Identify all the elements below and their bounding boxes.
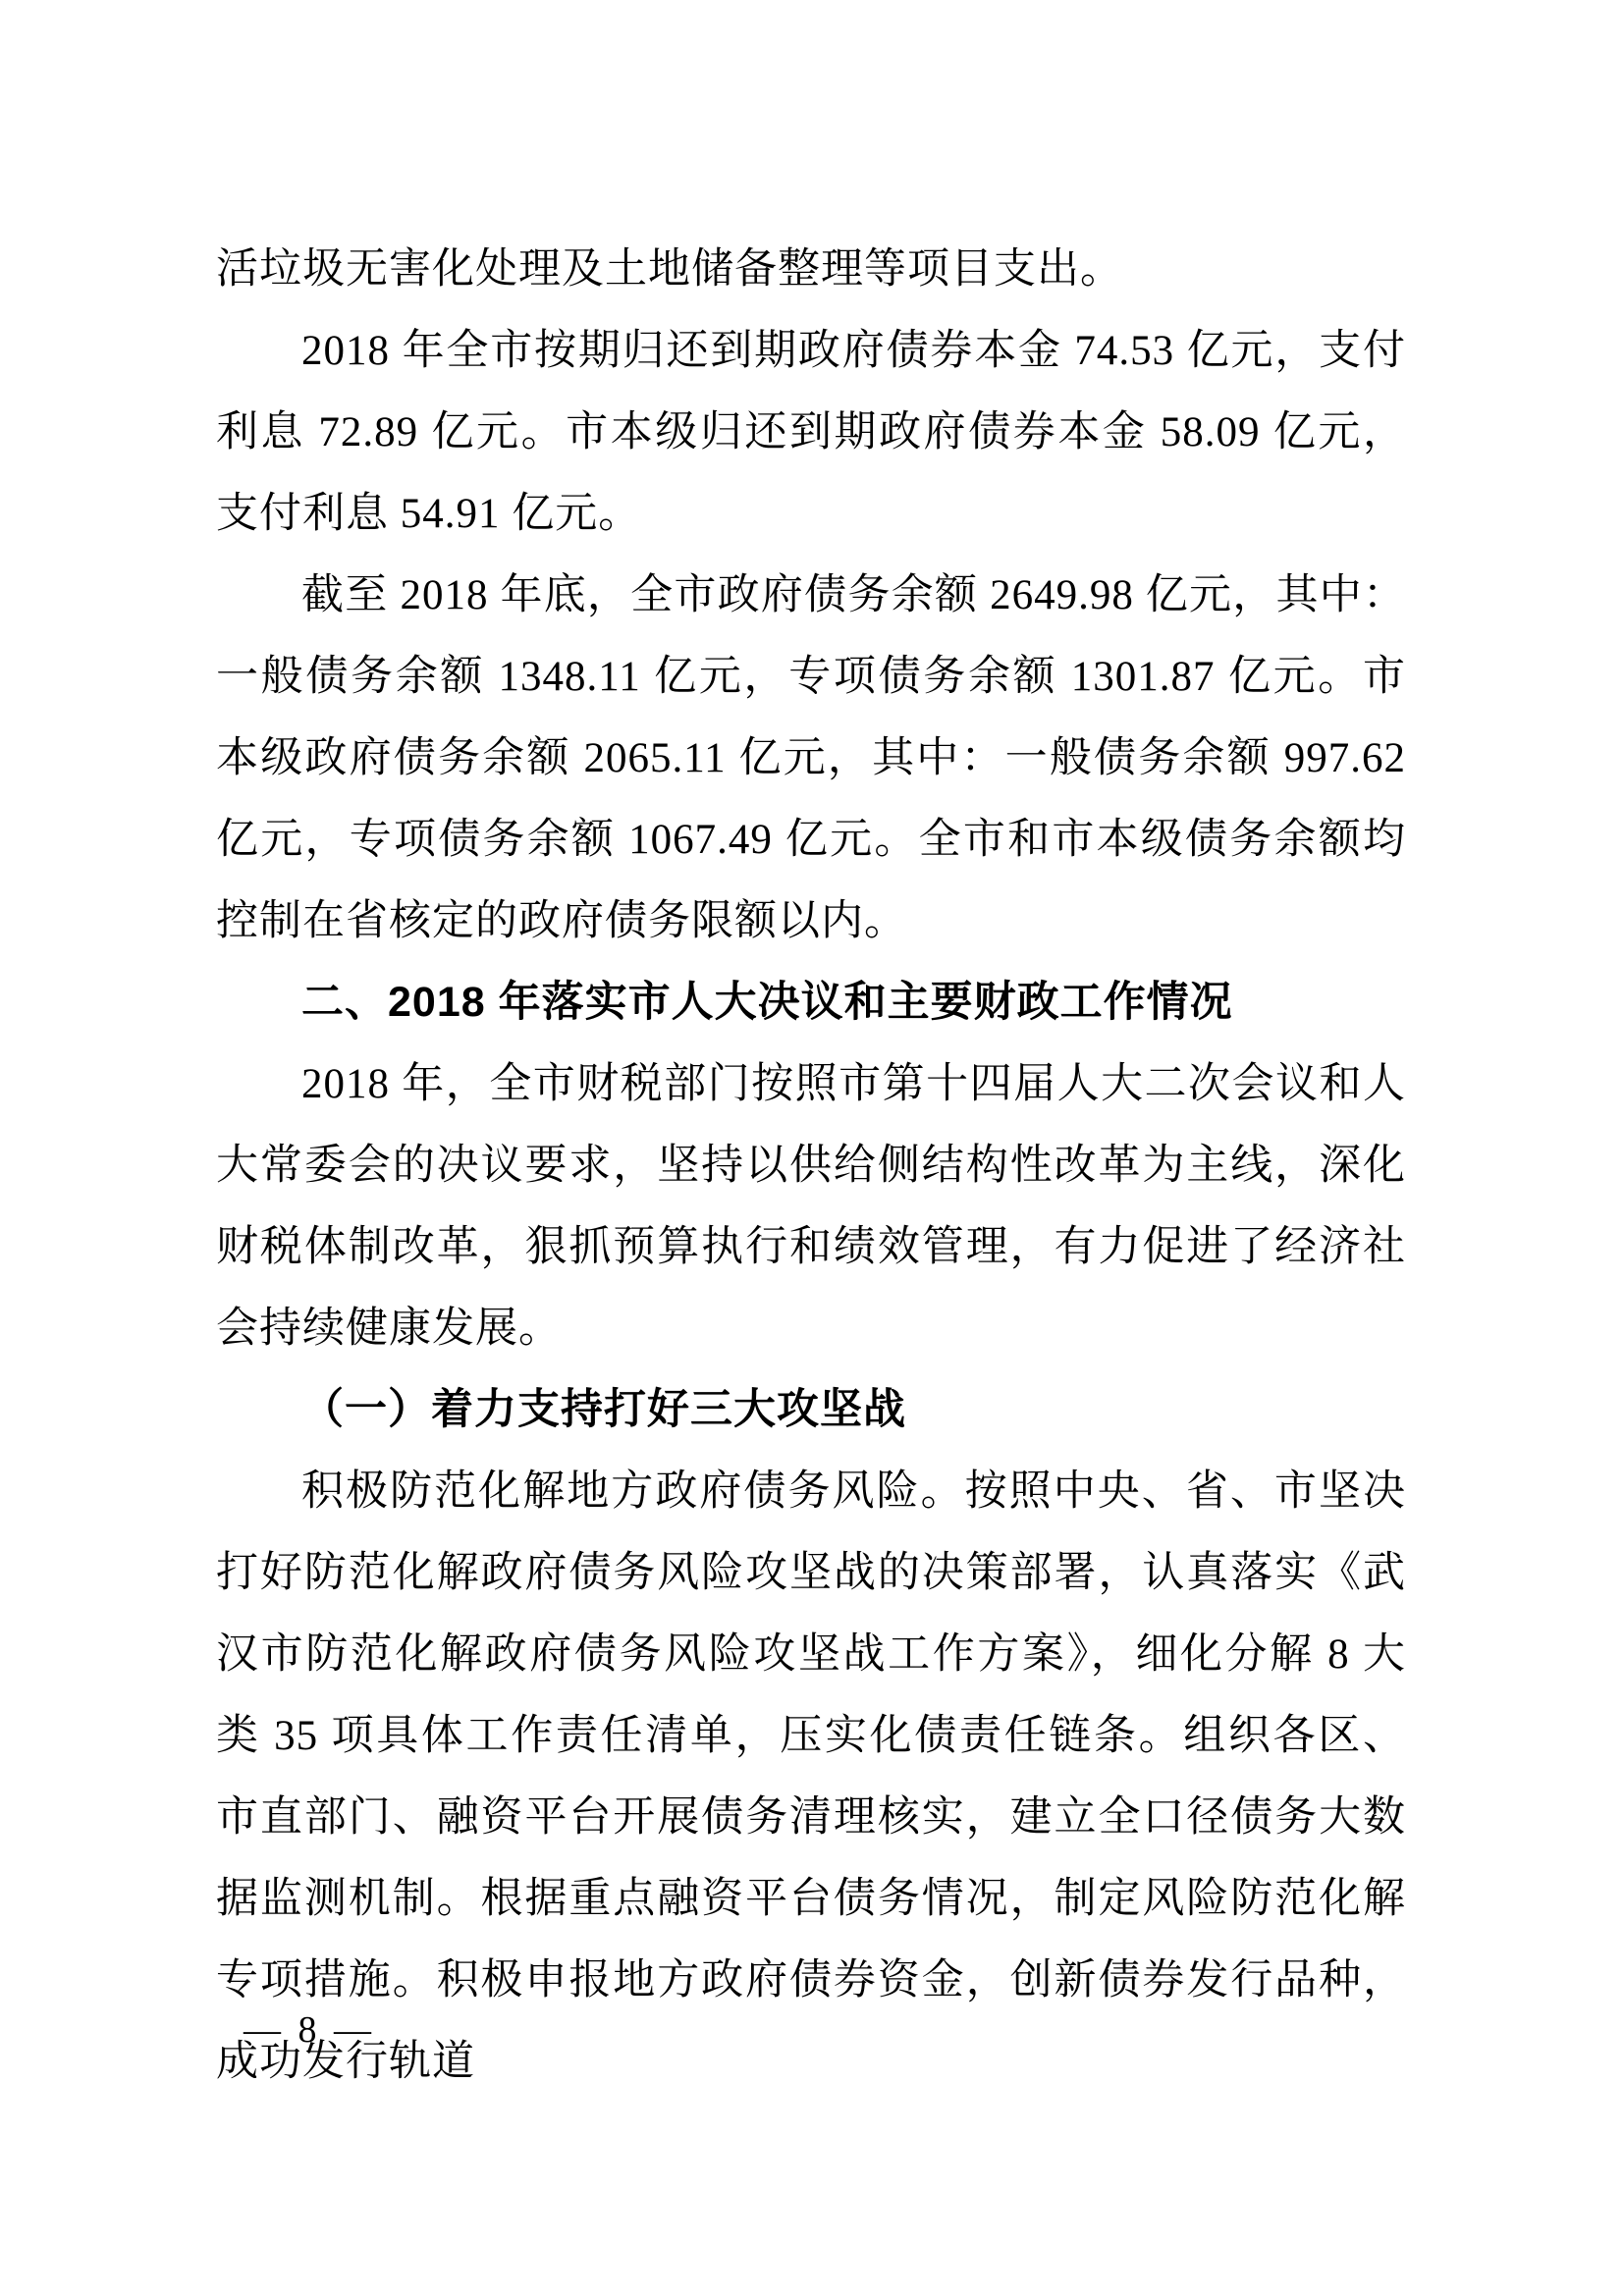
body-paragraph-continuation: 活垃圾无害化处理及土地储备整理等项目支出。 [216,229,1406,310]
page-number: — 8 — [243,2008,375,2054]
subsection-heading: （一）着力支持打好三大攻坚战 [216,1369,1406,1451]
document-page: 活垃圾无害化处理及土地储备整理等项目支出。 2018 年全市按期归还到期政府债券… [0,0,1623,2296]
body-paragraph-overview: 2018 年，全市财税部门按照市第十四届人大二次会议和人大常委会的决议要求，坚持… [216,1043,1406,1369]
section-heading: 二、2018 年落实市人大决议和主要财政工作情况 [216,962,1406,1043]
body-paragraph-debt-balance: 截至 2018 年底，全市政府债务余额 2649.98 亿元，其中：一般债务余额… [216,555,1406,962]
body-paragraph-risk-prevention: 积极防范化解地方政府债务风险。按照中央、省、市坚决打好防范化解政府债务风险攻坚战… [216,1451,1406,2103]
body-paragraph-debt-repayment: 2018 年全市按期归还到期政府债券本金 74.53 亿元，支付利息 72.89… [216,310,1406,555]
document-text-block: 活垃圾无害化处理及土地储备整理等项目支出。 2018 年全市按期归还到期政府债券… [216,229,1406,2103]
